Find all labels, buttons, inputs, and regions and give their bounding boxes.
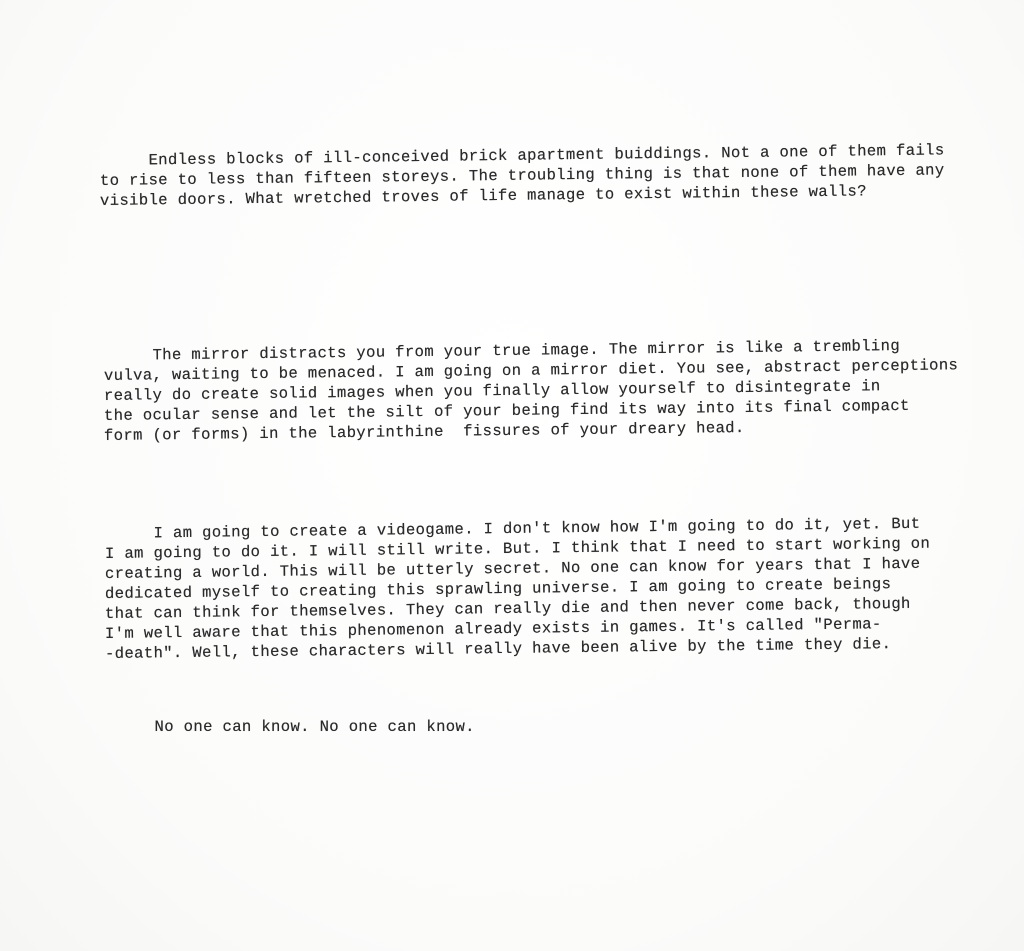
scanned-page: Endless blocks of ill-conceived brick ap… <box>0 0 1024 951</box>
text-line: No one can know. No one can know. <box>106 717 475 737</box>
